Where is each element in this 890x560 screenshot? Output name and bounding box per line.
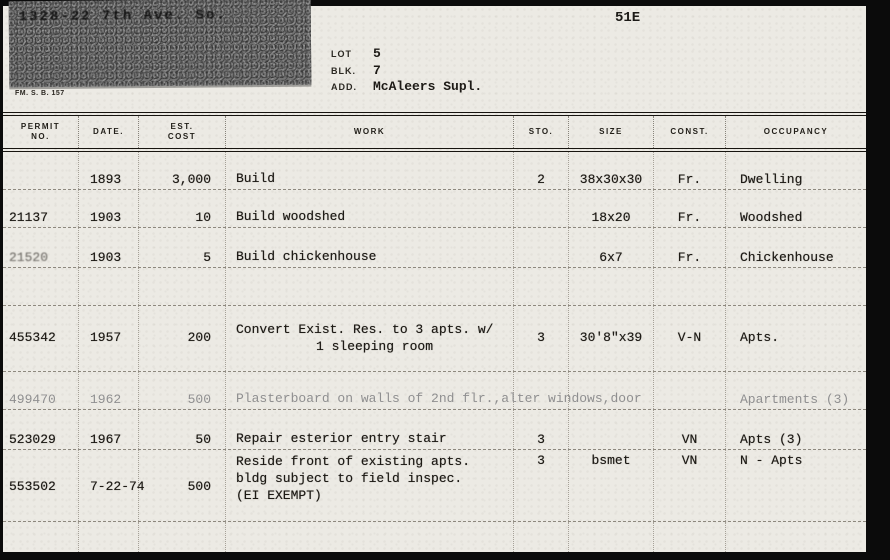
cell-const: V-N	[653, 306, 725, 371]
header-work: WORK	[225, 116, 513, 148]
cell-date: 7-22-74	[78, 450, 138, 521]
table-row: 523029 1967 50 Repair esterior entry sta…	[3, 410, 866, 450]
cell-work: Build chickenhouse	[225, 228, 513, 267]
cell-occupancy: Chickenhouse	[725, 228, 866, 267]
table-header: PERMITNO. DATE. EST.COST WORK STO. SIZE …	[3, 112, 866, 152]
cell-const: Fr.	[653, 190, 725, 227]
cell-size: bsmet	[568, 450, 653, 521]
cell-cost: 3,000	[138, 152, 225, 189]
header-date: DATE.	[78, 116, 138, 148]
blk-value: 7	[373, 63, 381, 78]
lot-value: 5	[373, 46, 381, 61]
cell-occupancy: Woodshed	[725, 190, 866, 227]
cell-sto: 3	[513, 306, 568, 371]
cell-permit: 21137	[3, 190, 78, 227]
cell-date: 1903	[78, 228, 138, 267]
cell-date: 1893	[78, 152, 138, 189]
table-row: 553502 7-22-74 500 Reside front of exist…	[3, 450, 866, 522]
add-label: ADD.	[331, 82, 373, 92]
cell-size: 30'8"x39	[568, 306, 653, 371]
cell-occupancy: Apts (3)	[725, 410, 866, 449]
header-sto: STO.	[513, 116, 568, 148]
cell-date: 1962	[78, 372, 138, 409]
cell-work: Convert Exist. Res. to 3 apts. w/ 1 slee…	[225, 306, 513, 371]
cell-cost: 500	[138, 450, 225, 521]
cell-occupancy: Apts.	[725, 306, 866, 371]
table-row: 1893 3,000 Build 2 38x30x30 Fr. Dwelling	[3, 152, 866, 190]
table-row: 455342 1957 200 Convert Exist. Res. to 3…	[3, 306, 866, 372]
cell-date: 1967	[78, 410, 138, 449]
blk-label: BLK.	[331, 66, 373, 76]
cell-sto: 3	[513, 450, 568, 521]
cell-work: Build	[225, 152, 513, 189]
cell-cost: 5	[138, 228, 225, 267]
cell-work: Repair esterior entry stair	[225, 410, 513, 449]
add-field: ADD.McAleers Supl.	[331, 77, 482, 95]
cell-size	[568, 410, 653, 449]
cell-occupancy: Apartments (3)	[725, 372, 866, 409]
table-row: 499470 1962 500 Plasterboard on walls of…	[3, 372, 866, 410]
cell-cost: 500	[138, 372, 225, 409]
cell-const: VN	[653, 450, 725, 521]
cell-sto	[513, 228, 568, 267]
cell-permit	[3, 152, 78, 189]
cell-permit: 523029	[3, 410, 78, 449]
table-row: 21520 1903 5 Build chickenhouse 6x7 Fr. …	[3, 228, 866, 268]
table-body: 1893 3,000 Build 2 38x30x30 Fr. Dwelling…	[3, 152, 866, 552]
cell-work: Reside front of existing apts. bldg subj…	[225, 450, 513, 521]
cell-cost: 10	[138, 190, 225, 227]
header-permit-no: PERMITNO.	[3, 116, 78, 148]
cell-size: 18x20	[568, 190, 653, 227]
lot-field: LOT5	[331, 44, 381, 62]
cell-size: 6x7	[568, 228, 653, 267]
cell-date: 1957	[78, 306, 138, 371]
cell-occupancy: Dwelling	[725, 152, 866, 189]
header-const: CONST.	[653, 116, 725, 148]
permit-record-card: 1328-22 7th Ave. So. 51E FM. S. B. 157 L…	[3, 6, 866, 552]
cell-sto: 2	[513, 152, 568, 189]
lot-label: LOT	[331, 49, 373, 59]
cell-work: Build woodshed	[225, 190, 513, 227]
stamp-address-text: 1328-22 7th Ave. So.	[19, 7, 227, 25]
cell-cost: 50	[138, 410, 225, 449]
cell-occupancy: N - Apts	[725, 450, 866, 521]
table-row-empty	[3, 522, 866, 552]
add-value: McAleers Supl.	[373, 79, 482, 94]
cell-permit: 455342	[3, 306, 78, 371]
header-est-cost: EST.COST	[138, 116, 225, 148]
address-stamp-smudge: 1328-22 7th Ave. So.	[9, 0, 312, 87]
table-row: 21137 1903 10 Build woodshed 18x20 Fr. W…	[3, 190, 866, 228]
page-code: 51E	[615, 10, 640, 26]
cell-sto: 3	[513, 410, 568, 449]
cell-date: 1903	[78, 190, 138, 227]
cell-const: VN	[653, 410, 725, 449]
cell-const: Fr.	[653, 228, 725, 267]
cell-cost: 200	[138, 306, 225, 371]
cell-permit: 21520	[3, 228, 78, 267]
cell-size: 38x30x30	[568, 152, 653, 189]
cell-sto	[513, 190, 568, 227]
header-size: SIZE	[568, 116, 653, 148]
cell-permit: 553502	[3, 450, 78, 521]
header-occupancy: OCCUPANCY	[725, 116, 866, 148]
table-row-empty	[3, 268, 866, 306]
cell-const: Fr.	[653, 152, 725, 189]
cell-permit: 499470	[3, 372, 78, 409]
cell-const	[653, 372, 725, 409]
form-code: FM. S. B. 157	[15, 90, 65, 97]
cell-work: Plasterboard on walls of 2nd flr.,alter …	[225, 372, 513, 409]
